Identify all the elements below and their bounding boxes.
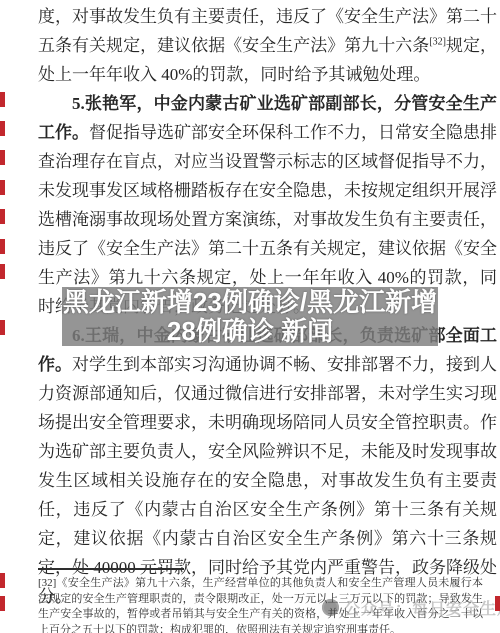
footnote-ref-32: [32] [429, 36, 446, 47]
watermark: 公众号：每日安全生产 [322, 596, 500, 619]
title-overlay: 黑龙江新增23例确诊/黑龙江新增28例确诊 新闻 [62, 287, 438, 346]
paragraph-continuation: 度，对事故发生负有主要责任，违反了《安全生产法》第二十五条有关规定，建议依据《安… [38, 2, 497, 89]
red-edge-mark [0, 121, 5, 136]
red-edge-mark [0, 239, 5, 254]
red-edge-mark [0, 209, 5, 224]
page: 度，对事故发生负有主要责任，违反了《安全生产法》第二十五条有关规定，建议依据《安… [0, 0, 500, 633]
watermark-label: 公众号：每日安全生产 [344, 596, 500, 619]
red-edge-mark [0, 264, 5, 279]
paragraph-text: 度，对事故发生负有主要责任，违反了《安全生产法》第二十五条有关规定，建议依据《安… [38, 7, 497, 55]
footnote-separator-rule [38, 568, 184, 570]
red-edge-mark [0, 180, 5, 195]
red-edge-mark [0, 596, 5, 611]
red-edge-mark [0, 320, 5, 335]
overlay-title: 黑龙江新增23例确诊/黑龙江新增28例确诊 新闻 [62, 288, 438, 346]
red-edge-mark [495, 596, 500, 611]
red-edge-mark [0, 92, 5, 107]
red-edge-mark [0, 573, 5, 588]
official-account-logo-icon [322, 599, 339, 616]
red-edge-mark [0, 150, 5, 165]
